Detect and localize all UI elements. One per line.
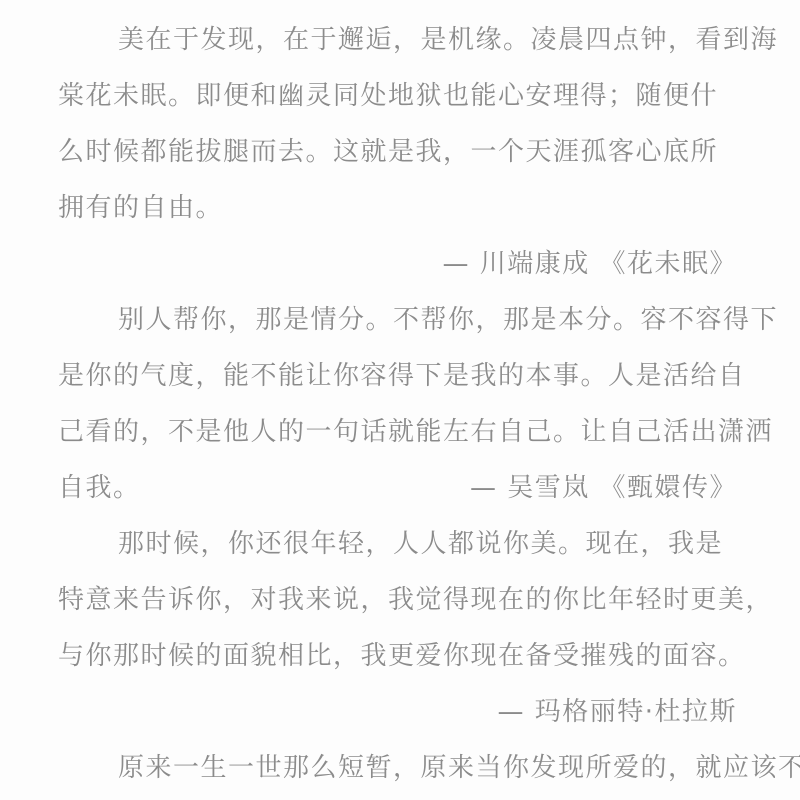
attribution-duras: — 玛格丽特·杜拉斯 <box>58 684 737 740</box>
quote-line: 别人帮你，那是情分。不帮你，那是本分。容不容得下 <box>58 292 737 348</box>
attribution-kawabata: — 川端康成 《花未眠》 <box>58 236 737 292</box>
quote-duras: 那时候，你还很年轻，人人都说你美。现在，我是 特意来告诉你，对我来说，我觉得现在… <box>58 516 737 740</box>
quote-line: 特意来告诉你，对我来说，我觉得现在的你比年轻时更美， <box>58 572 737 628</box>
quote-zhenhuan: 别人帮你，那是情分。不帮你，那是本分。容不容得下 是你的气度，能不能让你容得下是… <box>58 292 737 516</box>
quote-line-with-attribution: 自我。 — 吴雪岚 《甄嬛传》 <box>58 460 737 516</box>
quote-line: 是你的气度，能不能让你容得下是我的本事。人是活给自 <box>58 348 737 404</box>
quote-line: 美在于发现，在于邂逅，是机缘。凌晨四点钟，看到海 <box>58 12 737 68</box>
quote-line: 己看的，不是他人的一句话就能左右自己。让自己活出潇洒 <box>58 404 737 460</box>
quote-partial: 原来一生一世那么短暂，原来当你发现所爱的，就应该不 <box>58 740 737 796</box>
quote-line: 么时候都能拔腿而去。这就是我，一个天涯孤客心底所 <box>58 124 737 180</box>
quote-line: 原来一生一世那么短暂，原来当你发现所爱的，就应该不 <box>58 740 737 796</box>
quote-kawabata: 美在于发现，在于邂逅，是机缘。凌晨四点钟，看到海 棠花未眠。即便和幽灵同处地狱也… <box>58 12 737 292</box>
handwritten-quotes-page: 美在于发现，在于邂逅，是机缘。凌晨四点钟，看到海 棠花未眠。即便和幽灵同处地狱也… <box>0 0 800 800</box>
quote-line: 拥有的自由。 <box>58 180 737 236</box>
quote-line: 与你那时候的面貌相比，我更爱你现在备受摧残的面容。 <box>58 628 737 684</box>
attribution-zhenhuan: — 吴雪岚 《甄嬛传》 <box>470 460 737 516</box>
quote-line: 棠花未眠。即便和幽灵同处地狱也能心安理得；随便什 <box>58 68 737 124</box>
quote-line: 自我。 <box>58 460 141 516</box>
quote-line: 那时候，你还很年轻，人人都说你美。现在，我是 <box>58 516 737 572</box>
